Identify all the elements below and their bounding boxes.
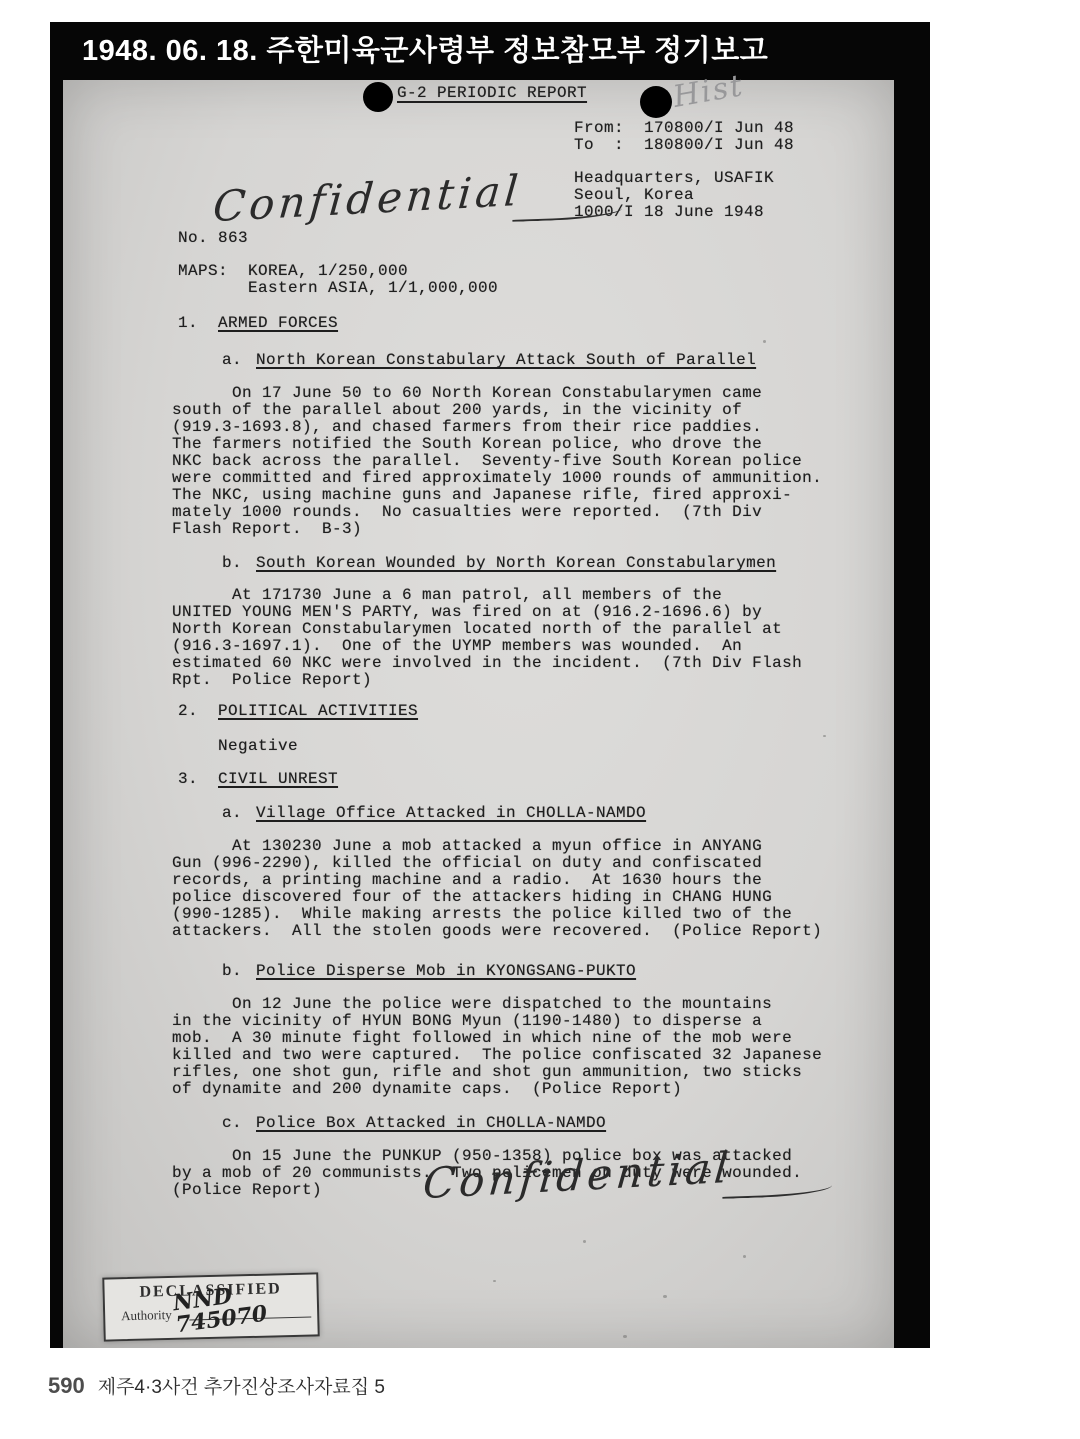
report-period: From: 170800/I Jun 48 To : 180800/I Jun … bbox=[574, 120, 794, 154]
section-number: 3. bbox=[178, 771, 218, 788]
item-letter: c. bbox=[222, 1115, 256, 1132]
screenshot-canvas: 1948. 06. 18. 주한미육군사령부 정보참모부 정기보고 G-2 PE… bbox=[0, 0, 1080, 1439]
item-title: Police Box Attacked in CHOLLA-NAMDO bbox=[256, 1115, 606, 1132]
item-title: South Korean Wounded by North Korean Con… bbox=[256, 555, 776, 572]
item-3a-paragraph: At 130230 June a mob attacked a myun off… bbox=[172, 838, 822, 940]
item-title: North Korean Constabulary Attack South o… bbox=[256, 352, 756, 369]
pen-swash bbox=[722, 1181, 832, 1199]
maps-list: KOREA, 1/250,000 Eastern ASIA, 1/1,000,0… bbox=[248, 263, 498, 297]
scan-speck bbox=[623, 1335, 627, 1338]
authority-label: Authority bbox=[121, 1307, 172, 1324]
item-3c-heading: c.Police Box Attacked in CHOLLA-NAMDO bbox=[222, 1115, 606, 1132]
hole-punch-icon bbox=[363, 82, 393, 112]
section-number: 2. bbox=[178, 703, 218, 720]
item-1b-heading: b.South Korean Wounded by North Korean C… bbox=[222, 555, 776, 572]
item-1b-paragraph: At 171730 June a 6 man patrol, all membe… bbox=[172, 587, 802, 689]
section-2-note: Negative bbox=[218, 738, 298, 755]
stamp-authority: Authority NND 745070 bbox=[121, 1295, 318, 1330]
section-2-heading: 2.POLITICAL ACTIVITIES bbox=[178, 703, 418, 720]
pen-swash bbox=[512, 204, 622, 222]
item-letter: b. bbox=[222, 963, 256, 980]
confidential-text: Confidential bbox=[421, 1147, 733, 1205]
item-3b-heading: b.Police Disperse Mob in KYONGSANG-PUKTO bbox=[222, 963, 636, 980]
maps-label: MAPS: bbox=[178, 263, 228, 280]
item-1a-paragraph: On 17 June 50 to 60 North Korean Constab… bbox=[172, 385, 822, 538]
book-footer: 590 제주4·3사건 추가진상조사자료집 5 bbox=[48, 1372, 385, 1399]
document-page: G-2 PERIODIC REPORT Hist From: 170800/I … bbox=[63, 80, 894, 1348]
report-number: No. 863 bbox=[178, 230, 248, 247]
item-3a-heading: a.Village Office Attacked in CHOLLA-NAMD… bbox=[222, 805, 646, 822]
section-3-heading: 3.CIVIL UNREST bbox=[178, 771, 338, 788]
scan-speck bbox=[493, 1280, 496, 1282]
book-title: 제주4·3사건 추가진상조사자료집 5 bbox=[98, 1372, 385, 1399]
item-letter: b. bbox=[222, 555, 256, 572]
section-title: CIVIL UNREST bbox=[218, 770, 338, 788]
section-title: POLITICAL ACTIVITIES bbox=[218, 702, 418, 720]
confidential-handwriting-top: Confidential bbox=[213, 178, 622, 220]
item-3b-paragraph: On 12 June the police were dispatched to… bbox=[172, 996, 822, 1098]
scan-speck bbox=[583, 1240, 586, 1243]
item-letter: a. bbox=[222, 352, 256, 369]
page-title: 1948. 06. 18. 주한미육군사령부 정보참모부 정기보고 bbox=[82, 28, 768, 69]
scan-speck bbox=[663, 1295, 667, 1298]
section-title: ARMED FORCES bbox=[218, 314, 338, 332]
item-letter: a. bbox=[222, 805, 256, 822]
confidential-text: Confidential bbox=[211, 170, 523, 228]
scan-speck bbox=[823, 735, 826, 737]
section-1-heading: 1.ARMED FORCES bbox=[178, 315, 338, 332]
document-title: G-2 PERIODIC REPORT bbox=[397, 85, 587, 102]
item-title: Police Disperse Mob in KYONGSANG-PUKTO bbox=[256, 963, 636, 980]
hole-punch-icon bbox=[640, 86, 672, 118]
item-title: Village Office Attacked in CHOLLA-NAMDO bbox=[256, 805, 646, 822]
item-1a-heading: a.North Korean Constabulary Attack South… bbox=[222, 352, 756, 369]
section-number: 1. bbox=[178, 315, 218, 332]
confidential-handwriting-bottom: Confidential bbox=[423, 1155, 832, 1197]
scan-speck bbox=[763, 340, 766, 343]
declassified-stamp: DECLASSIFIED Authority NND 745070 bbox=[102, 1272, 319, 1341]
page-number: 590 bbox=[48, 1373, 85, 1399]
scan-speck bbox=[743, 1255, 746, 1258]
